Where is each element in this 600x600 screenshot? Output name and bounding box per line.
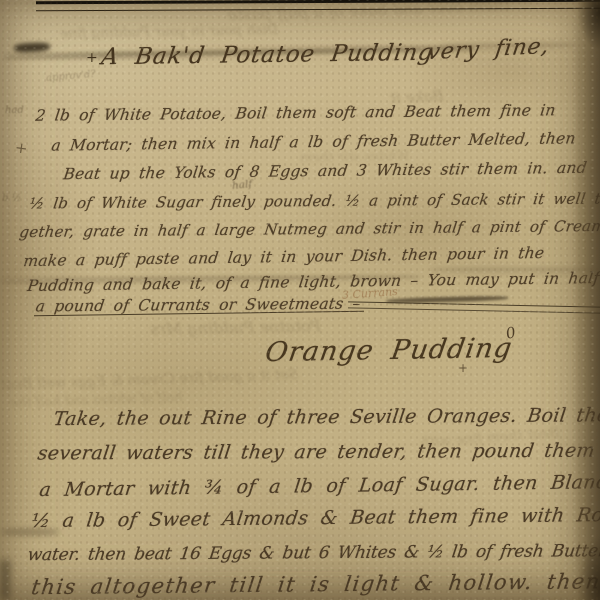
bleedthrough-text: Dish pour in your Pudding fine — [60, 22, 279, 42]
faint-red-note: 3 Currans — [342, 285, 399, 302]
manuscript-page: them over and bake of a puff paste Dish … — [0, 0, 600, 600]
closing-double-rule — [348, 301, 600, 313]
recipe-line: a Mortar; then mix in half a lb of fresh… — [50, 129, 576, 154]
margin-note: b ½ — [2, 193, 21, 204]
margin-note: had — [5, 105, 24, 116]
bold-ink-dash — [386, 295, 508, 303]
title-cross-mark: + — [86, 50, 98, 66]
bleedthrough-text: Potatoe Pudding Mrs — [150, 317, 321, 339]
recipe-line: ½ lb of White Sugar finely pounded. ½ a … — [28, 189, 600, 212]
margin-cross-mark: + — [14, 138, 29, 158]
recipe-line: water. then beat 16 Eggs & but 6 Whites … — [26, 541, 600, 565]
recipe-line: Take, the out Rine of three Seville Oran… — [52, 404, 600, 430]
recipe1-title: A Bak'd Potatoe Pudding — [100, 40, 436, 71]
recipe-line: ½ a lb of Sweet Almonds & Beat them fine… — [30, 504, 600, 532]
recipe1-title-note: very fine, — [426, 34, 551, 65]
bleedthrough-text: Set it a good fire Cream & Eggs well Bea… — [0, 367, 298, 393]
recipe2-title: Orange Pudding — [263, 333, 514, 368]
page-corner-shadow — [0, 560, 10, 600]
ink-blob — [14, 42, 50, 53]
pencil-note: approv'd? — [46, 69, 97, 84]
inserted-word: half — [231, 178, 252, 192]
recipe-line: this altogether till it is light & hollo… — [30, 569, 600, 599]
recipe-line: gether, grate in half a large Nutmeg and… — [18, 217, 600, 241]
recipe-line: severall waters till they are tender, th… — [36, 439, 600, 464]
recipe-line: 2 lb of White Potatoe, Boil them soft an… — [34, 101, 556, 124]
recipe-line: a pound of Currants or Sweetmeats – — [35, 295, 362, 316]
recipe-line: a Mortar with ¾ of a lb of Loaf Sugar. t… — [38, 471, 600, 501]
recipe-line: Pudding and bake it, of a fine light, br… — [26, 269, 600, 295]
title-plus-mark: + — [458, 361, 468, 375]
recipe-line: make a puff paste and lay it in your Dis… — [22, 244, 545, 270]
recipe-line: Beat up the Yolks of 8 Eggs and 3 Whites… — [62, 159, 588, 183]
